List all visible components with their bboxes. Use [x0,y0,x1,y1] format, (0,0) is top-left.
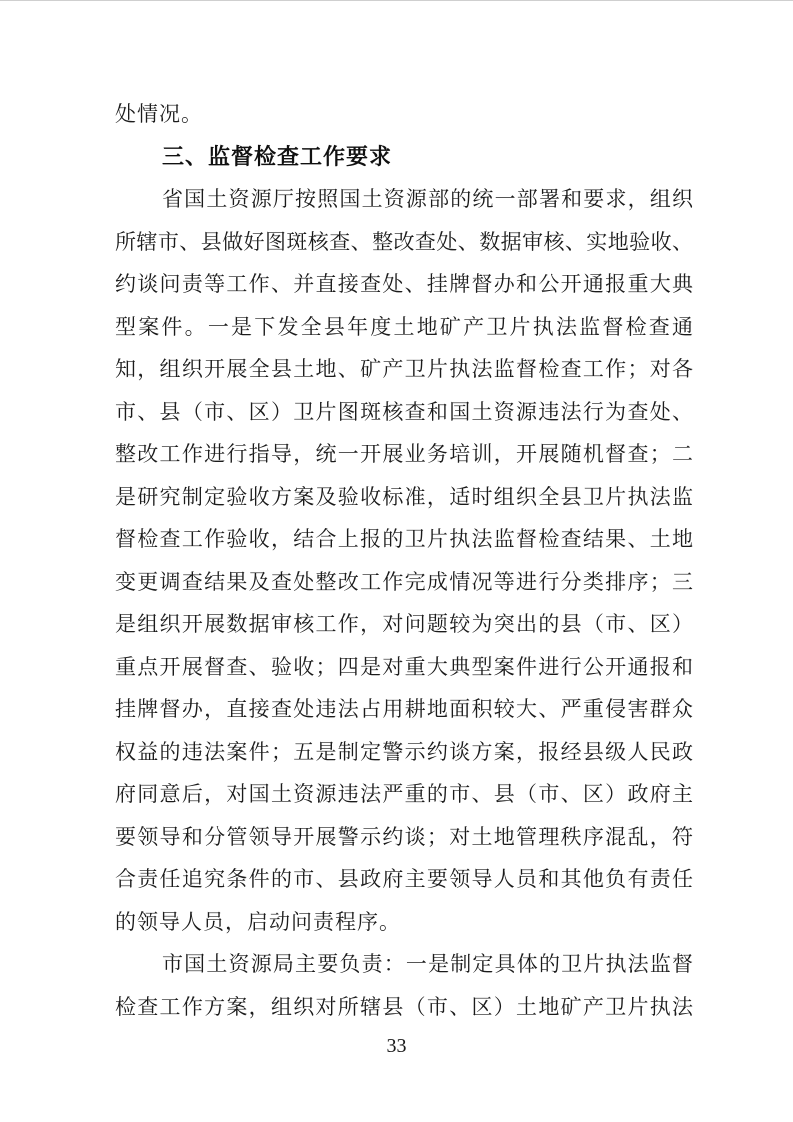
text-line: 所辖市、县做好图斑核查、整改查处、数据审核、实地验收、 [115,221,693,264]
text-line: 型案件。一是下发全县年度土地矿产卫片执法监督检查通 [115,306,693,349]
text-line: 合责任追究条件的市、县政府主要领导人员和其他负有责任 [115,858,693,901]
text-line: 变更调查结果及查处整改工作完成情况等进行分类排序；三 [115,561,693,604]
text-line: 是研究制定验收方案及验收标准，适时组织全县卫片执法监 [115,476,693,519]
text-line: 约谈问责等工作、并直接查处、挂牌督办和公开通报重大典 [115,263,693,306]
page-content: 处情况。三、监督检查工作要求省国土资源厅按照国土资源部的统一部署和要求，组织所辖… [115,93,693,1028]
text-line: 市、县（市、区）卫片图斑核查和国土资源违法行为查处、 [115,391,693,434]
text-line: 府同意后，对国土资源违法严重的市、县（市、区）政府主 [115,773,693,816]
text-line: 督检查工作验收，结合上报的卫片执法监督检查结果、土地 [115,518,693,561]
text-line: 处情况。 [115,93,693,136]
text-line: 检查工作方案，组织对所辖县（市、区）土地矿产卫片执法 [115,986,693,1029]
text-line: 重点开展督查、验收；四是对重大典型案件进行公开通报和 [115,646,693,689]
text-line: 知，组织开展全县土地、矿产卫片执法监督检查工作；对各 [115,348,693,391]
text-line: 是组织开展数据审核工作，对问题较为突出的县（市、区） [115,603,693,646]
text-line: 市国土资源局主要负责：一是制定具体的卫片执法监督 [115,943,693,986]
text-line: 权益的违法案件；五是制定警示约谈方案，报经县级人民政 [115,731,693,774]
document-page: 处情况。三、监督检查工作要求省国土资源厅按照国土资源部的统一部署和要求，组织所辖… [0,0,793,1122]
text-line: 的领导人员，启动问责程序。 [115,901,693,944]
page-number: 33 [0,1035,793,1058]
section-heading: 三、监督检查工作要求 [115,136,693,179]
text-line: 整改工作进行指导，统一开展业务培训，开展随机督查；二 [115,433,693,476]
text-line: 省国土资源厅按照国土资源部的统一部署和要求，组织 [115,178,693,221]
text-line: 挂牌督办，直接查处违法占用耕地面积较大、严重侵害群众 [115,688,693,731]
text-line: 要领导和分管领导开展警示约谈；对土地管理秩序混乱，符 [115,816,693,859]
